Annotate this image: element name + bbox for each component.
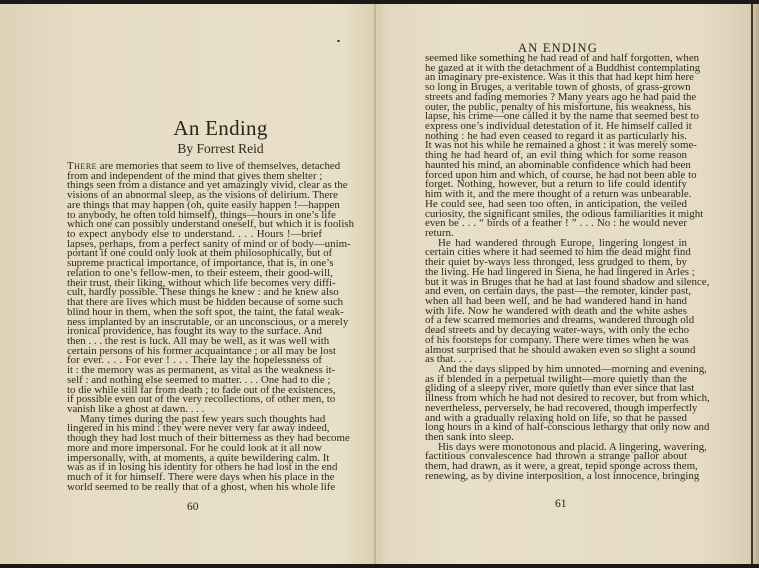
book-gutter	[374, 4, 376, 564]
page-number-right: 61	[555, 498, 567, 510]
paper-speck	[337, 40, 340, 42]
page-number-left: 60	[187, 501, 199, 513]
author-byline: By Forrest Reid	[67, 141, 374, 157]
book-spread: An Ending By Forrest Reid There are memo…	[0, 4, 759, 564]
page-edge	[751, 4, 753, 564]
right-body-text: seemed like something he had read of and…	[425, 54, 687, 482]
story-title: An Ending	[67, 116, 374, 141]
text-line: renewing, as by divine interposition, a …	[425, 472, 687, 482]
text-line: world seemed to be really that of a ghos…	[67, 483, 322, 493]
left-body-text: There are memories that seem to live of …	[67, 162, 322, 492]
text-line: even be . . . “ birds of a feather ! ” .…	[425, 219, 687, 229]
